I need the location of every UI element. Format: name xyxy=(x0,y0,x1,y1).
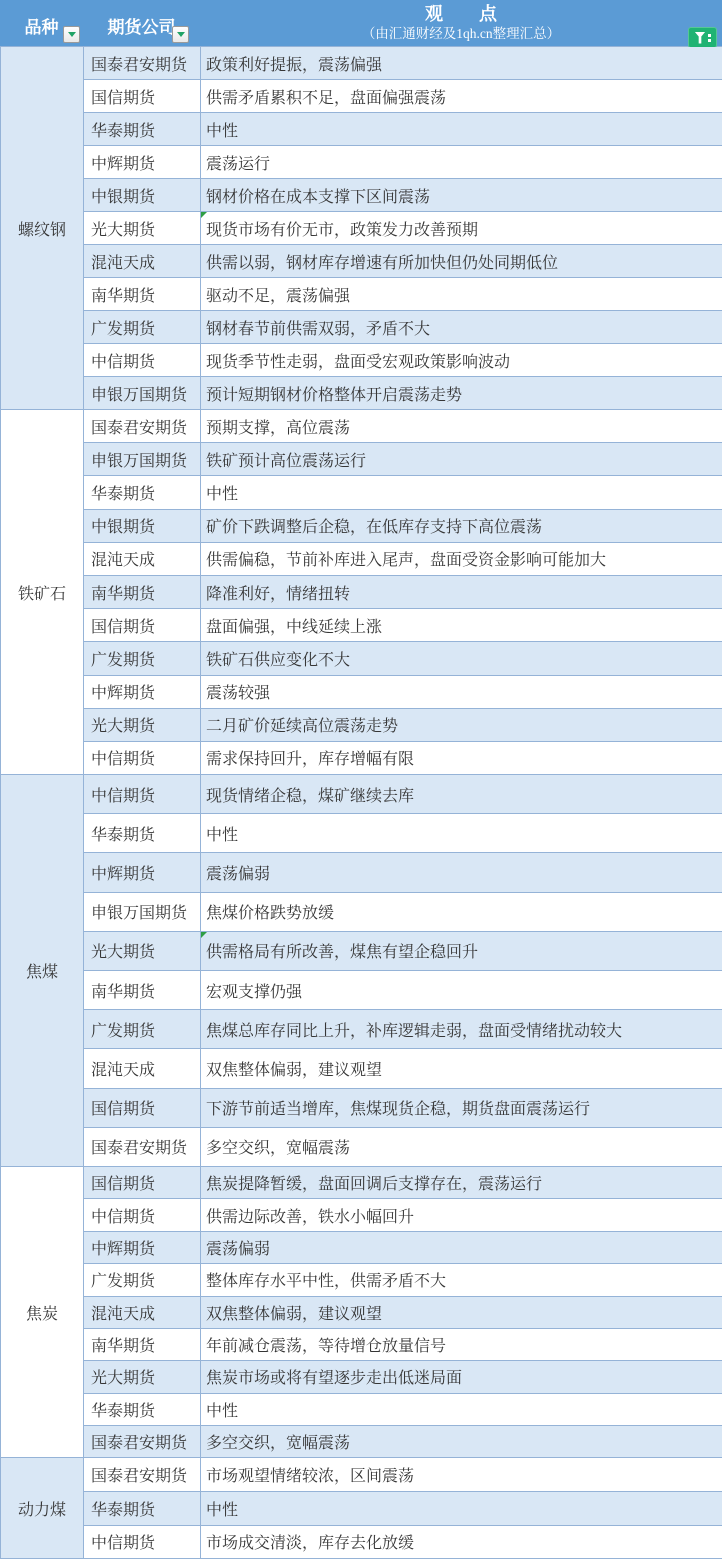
viewpoint-title: 观 点 xyxy=(425,4,497,26)
company-cell[interactable]: 南华期货 xyxy=(84,575,201,608)
table-row: 光大期货焦炭市场或将有望逐步走出低迷局面 xyxy=(1,1361,722,1393)
company-cell[interactable]: 中信期货 xyxy=(84,1525,201,1559)
viewpoint-cell[interactable]: 供需以弱，钢材库存增速有所加快但仍处同期低位 xyxy=(201,245,722,278)
viewpoint-cell[interactable]: 中性 xyxy=(201,814,722,853)
viewpoint-cell[interactable]: 中性 xyxy=(201,113,722,146)
comment-flag-icon xyxy=(201,212,207,218)
company-cell[interactable]: 光大期货 xyxy=(84,931,201,970)
table-row: 光大期货二月矿价延续高位震荡走势 xyxy=(1,708,722,741)
company-cell[interactable]: 南华期货 xyxy=(84,971,201,1010)
viewpoint-cell[interactable]: 多空交织，宽幅震荡 xyxy=(201,1127,722,1166)
chevron-down-icon xyxy=(68,32,76,37)
table-row: 中银期货钢材价格在成本支撑下区间震荡 xyxy=(1,179,722,212)
table-row: 国泰君安期货多空交织，宽幅震荡 xyxy=(1,1127,722,1166)
company-cell[interactable]: 国信期货 xyxy=(84,80,201,113)
table-row: 中辉期货震荡运行 xyxy=(1,146,722,179)
company-cell[interactable]: 国信期货 xyxy=(84,1088,201,1127)
viewpoint-cell[interactable]: 震荡偏弱 xyxy=(201,1231,722,1263)
viewpoint-cell[interactable]: 宏观支撑仍强 xyxy=(201,971,722,1010)
company-cell[interactable]: 广发期货 xyxy=(84,642,201,675)
viewpoint-cell[interactable]: 多空交织，宽幅震荡 xyxy=(201,1426,722,1458)
company-cell[interactable]: 混沌天成 xyxy=(84,1049,201,1088)
table-row: 螺纹钢国泰君安期货政策利好提振，震荡偏强 xyxy=(1,47,722,80)
table-row: 广发期货铁矿石供应变化不大 xyxy=(1,642,722,675)
viewpoint-cell[interactable]: 焦煤总库存同比上升，补库逻辑走弱，盘面受情绪扰动较大 xyxy=(201,1010,722,1049)
viewpoint-cell[interactable]: 现货市场有价无市，政策发力改善预期 xyxy=(201,212,722,245)
table-row: 焦炭国信期货焦炭提降暂缓，盘面回调后支撑存在，震荡运行 xyxy=(1,1166,722,1198)
company-cell[interactable]: 南华期货 xyxy=(84,1328,201,1360)
viewpoint-cell[interactable]: 政策利好提振，震荡偏强 xyxy=(201,47,722,80)
table-row: 铁矿石国泰君安期货预期支撑，高位震荡 xyxy=(1,410,722,443)
viewpoint-cell[interactable]: 驱动不足，震荡偏强 xyxy=(201,278,722,311)
variety-header-cell: 品种 xyxy=(0,0,83,46)
viewpoint-cell[interactable]: 中性 xyxy=(201,1393,722,1425)
table-row: 动力煤国泰君安期货市场观望情绪较浓，区间震荡 xyxy=(1,1458,722,1492)
company-cell[interactable]: 中辉期货 xyxy=(84,146,201,179)
company-cell[interactable]: 国泰君安期货 xyxy=(84,1426,201,1458)
viewpoint-cell[interactable]: 钢材春节前供需双弱，矛盾不大 xyxy=(201,311,722,344)
table-row: 广发期货整体库存水平中性，供需矛盾不大 xyxy=(1,1264,722,1296)
viewpoint-cell[interactable]: 铁矿石供应变化不大 xyxy=(201,642,722,675)
table-row: 中辉期货震荡较强 xyxy=(1,675,722,708)
table-row: 混沌天成供需以弱，钢材库存增速有所加快但仍处同期低位 xyxy=(1,245,722,278)
company-cell[interactable]: 中信期货 xyxy=(84,344,201,377)
viewpoint-cell[interactable]: 铁矿预计高位震荡运行 xyxy=(201,443,722,476)
variety-group-cell[interactable]: 螺纹钢 xyxy=(1,47,84,410)
table-row: 光大期货供需格局有所改善，煤焦有望企稳回升 xyxy=(1,931,722,970)
company-cell[interactable]: 国泰君安期货 xyxy=(84,47,201,80)
viewpoint-cell[interactable]: 震荡偏弱 xyxy=(201,853,722,892)
table-row: 光大期货现货市场有价无市，政策发力改善预期 xyxy=(1,212,722,245)
company-header-cell: 期货公司 xyxy=(83,0,200,46)
company-cell[interactable]: 国信期货 xyxy=(84,609,201,642)
viewpoint-cell[interactable]: 震荡运行 xyxy=(201,146,722,179)
table-row: 中辉期货震荡偏弱 xyxy=(1,1231,722,1263)
viewpoint-cell[interactable]: 中性 xyxy=(201,476,722,509)
company-cell[interactable]: 中信期货 xyxy=(84,1199,201,1231)
company-cell[interactable]: 国信期货 xyxy=(84,1166,201,1198)
table-row: 国泰君安期货多空交织，宽幅震荡 xyxy=(1,1426,722,1458)
company-cell[interactable]: 国泰君安期货 xyxy=(84,1458,201,1492)
table-row: 广发期货焦煤总库存同比上升，补库逻辑走弱，盘面受情绪扰动较大 xyxy=(1,1010,722,1049)
company-cell[interactable]: 华泰期货 xyxy=(84,476,201,509)
table-row: 申银万国期货焦煤价格跌势放缓 xyxy=(1,892,722,931)
viewpoint-cell[interactable]: 中性 xyxy=(201,1492,722,1526)
company-cell[interactable]: 中辉期货 xyxy=(84,1231,201,1263)
table-row: 华泰期货中性 xyxy=(1,814,722,853)
company-cell[interactable]: 华泰期货 xyxy=(84,814,201,853)
table-row: 南华期货宏观支撑仍强 xyxy=(1,971,722,1010)
company-cell[interactable]: 光大期货 xyxy=(84,708,201,741)
table-row: 华泰期货中性 xyxy=(1,476,722,509)
table-row: 中信期货供需边际改善，铁水小幅回升 xyxy=(1,1199,722,1231)
viewpoint-cell[interactable]: 现货季节性走弱，盘面受宏观政策影响波动 xyxy=(201,344,722,377)
viewpoint-cell[interactable]: 焦炭提降暂缓，盘面回调后支撑存在，震荡运行 xyxy=(201,1166,722,1198)
company-cell[interactable]: 南华期货 xyxy=(84,278,201,311)
viewpoint-cell[interactable]: 双焦整体偏弱，建议观望 xyxy=(201,1049,722,1088)
table-row: 国信期货下游节前适当增库，焦煤现货企稳，期货盘面震荡运行 xyxy=(1,1088,722,1127)
company-cell[interactable]: 华泰期货 xyxy=(84,113,201,146)
table-row: 南华期货年前减仓震荡，等待增仓放量信号 xyxy=(1,1328,722,1360)
variety-group-cell[interactable]: 焦煤 xyxy=(1,775,84,1167)
viewpoint-cell[interactable]: 焦炭市场或将有望逐步走出低迷局面 xyxy=(201,1361,722,1393)
viewpoint-cell[interactable]: 预期支撑，高位震荡 xyxy=(201,410,722,443)
table-row: 中信期货需求保持回升，库存增幅有限 xyxy=(1,741,722,774)
viewpoint-cell[interactable]: 现货情绪企稳，煤矿继续去库 xyxy=(201,775,722,814)
table-row: 南华期货降准利好，情绪扭转 xyxy=(1,575,722,608)
viewpoint-cell[interactable]: 供需格局有所改善，煤焦有望企稳回升 xyxy=(201,931,722,970)
viewpoint-cell[interactable]: 钢材价格在成本支撑下区间震荡 xyxy=(201,179,722,212)
viewpoint-cell[interactable]: 盘面偏强，中线延续上涨 xyxy=(201,609,722,642)
table-row: 混沌天成供需偏稳，节前补库进入尾声，盘面受资金影响可能加大 xyxy=(1,542,722,575)
viewpoint-cell[interactable]: 双焦整体偏弱，建议观望 xyxy=(201,1296,722,1328)
company-cell[interactable]: 国泰君安期货 xyxy=(84,410,201,443)
table-row: 中辉期货震荡偏弱 xyxy=(1,853,722,892)
viewpoint-cell[interactable]: 供需偏稳，节前补库进入尾声，盘面受资金影响可能加大 xyxy=(201,542,722,575)
company-cell[interactable]: 混沌天成 xyxy=(84,1296,201,1328)
table-row: 中银期货矿价下跌调整后企稳，在低库存支持下高位震荡 xyxy=(1,509,722,542)
comment-flag-icon xyxy=(201,932,207,938)
table-row: 国信期货供需矛盾累积不足，盘面偏强震荡 xyxy=(1,80,722,113)
company-cell[interactable]: 中银期货 xyxy=(84,509,201,542)
company-cell[interactable]: 广发期货 xyxy=(84,1264,201,1296)
table-row: 混沌天成双焦整体偏弱，建议观望 xyxy=(1,1296,722,1328)
viewpoint-cell[interactable]: 市场观望情绪较浓，区间震荡 xyxy=(201,1458,722,1492)
table-row: 中信期货现货季节性走弱，盘面受宏观政策影响波动 xyxy=(1,344,722,377)
filter-button[interactable] xyxy=(688,27,717,48)
funnel-icon xyxy=(695,32,706,44)
viewpoint-cell[interactable]: 供需边际改善，铁水小幅回升 xyxy=(201,1199,722,1231)
table-row: 南华期货驱动不足，震荡偏强 xyxy=(1,278,722,311)
chevron-down-icon xyxy=(177,32,185,37)
table-row: 混沌天成双焦整体偏弱，建议观望 xyxy=(1,1049,722,1088)
company-cell[interactable]: 华泰期货 xyxy=(84,1393,201,1425)
viewpoint-cell[interactable]: 供需矛盾累积不足，盘面偏强震荡 xyxy=(201,80,722,113)
viewpoint-cell[interactable]: 降准利好，情绪扭转 xyxy=(201,575,722,608)
company-cell[interactable]: 申银万国期货 xyxy=(84,892,201,931)
variety-group-cell[interactable]: 焦炭 xyxy=(1,1166,84,1458)
table-row: 国信期货盘面偏强，中线延续上涨 xyxy=(1,609,722,642)
variety-filter-dropdown[interactable] xyxy=(63,26,80,43)
company-cell[interactable]: 申银万国期货 xyxy=(84,443,201,476)
table-row: 焦煤中信期货现货情绪企稳，煤矿继续去库 xyxy=(1,775,722,814)
company-cell[interactable]: 中辉期货 xyxy=(84,853,201,892)
table-row: 华泰期货中性 xyxy=(1,1492,722,1526)
viewpoint-cell[interactable]: 下游节前适当增库，焦煤现货企稳，期货盘面震荡运行 xyxy=(201,1088,722,1127)
variety-group-cell[interactable]: 动力煤 xyxy=(1,1458,84,1559)
company-header-label: 期货公司 xyxy=(108,13,176,38)
company-cell[interactable]: 华泰期货 xyxy=(84,1492,201,1526)
table-row: 华泰期货中性 xyxy=(1,113,722,146)
company-cell[interactable]: 光大期货 xyxy=(84,212,201,245)
viewpoint-header-cell: 观 点 （由汇通财经及1qh.cn整理汇总） xyxy=(200,0,722,46)
company-cell[interactable]: 广发期货 xyxy=(84,311,201,344)
variety-group-cell[interactable]: 铁矿石 xyxy=(1,410,84,775)
viewpoint-cell[interactable]: 二月矿价延续高位震荡走势 xyxy=(201,708,722,741)
company-cell[interactable]: 广发期货 xyxy=(84,1010,201,1049)
viewpoint-cell[interactable]: 市场成交清淡，库存去化放缓 xyxy=(201,1525,722,1559)
viewpoint-cell[interactable]: 焦煤价格跌势放缓 xyxy=(201,892,722,931)
viewpoint-cell[interactable]: 矿价下跌调整后企稳，在低库存支持下高位震荡 xyxy=(201,509,722,542)
table-row: 华泰期货中性 xyxy=(1,1393,722,1425)
company-cell[interactable]: 中信期货 xyxy=(84,741,201,774)
sheet-header: 品种 期货公司 观 点 （由汇通财经及1qh.cn整理汇总） xyxy=(0,0,722,46)
table-row: 申银万国期货预计短期钢材价格整体开启震荡走势 xyxy=(1,377,722,410)
viewpoint-cell[interactable]: 震荡较强 xyxy=(201,675,722,708)
viewpoint-cell[interactable]: 年前减仓震荡，等待增仓放量信号 xyxy=(201,1328,722,1360)
company-cell[interactable]: 中信期货 xyxy=(84,775,201,814)
funnel-dots-icon xyxy=(708,34,711,42)
viewpoint-cell[interactable]: 整体库存水平中性，供需矛盾不大 xyxy=(201,1264,722,1296)
company-cell[interactable]: 中银期货 xyxy=(84,179,201,212)
company-filter-dropdown[interactable] xyxy=(172,26,189,43)
company-cell[interactable]: 申银万国期货 xyxy=(84,377,201,410)
table-row: 申银万国期货铁矿预计高位震荡运行 xyxy=(1,443,722,476)
company-cell[interactable]: 光大期货 xyxy=(84,1361,201,1393)
table-row: 中信期货市场成交清淡，库存去化放缓 xyxy=(1,1525,722,1559)
viewpoint-cell[interactable]: 需求保持回升，库存增幅有限 xyxy=(201,741,722,774)
company-cell[interactable]: 混沌天成 xyxy=(84,245,201,278)
table-row: 广发期货钢材春节前供需双弱，矛盾不大 xyxy=(1,311,722,344)
viewpoint-cell[interactable]: 预计短期钢材价格整体开启震荡走势 xyxy=(201,377,722,410)
company-cell[interactable]: 混沌天成 xyxy=(84,542,201,575)
viewpoint-subtitle: （由汇通财经及1qh.cn整理汇总） xyxy=(362,26,560,42)
company-cell[interactable]: 中辉期货 xyxy=(84,675,201,708)
opinions-table: 螺纹钢国泰君安期货政策利好提振，震荡偏强国信期货供需矛盾累积不足，盘面偏强震荡华… xyxy=(0,46,722,1559)
variety-header-label: 品种 xyxy=(25,13,59,38)
company-cell[interactable]: 国泰君安期货 xyxy=(84,1127,201,1166)
